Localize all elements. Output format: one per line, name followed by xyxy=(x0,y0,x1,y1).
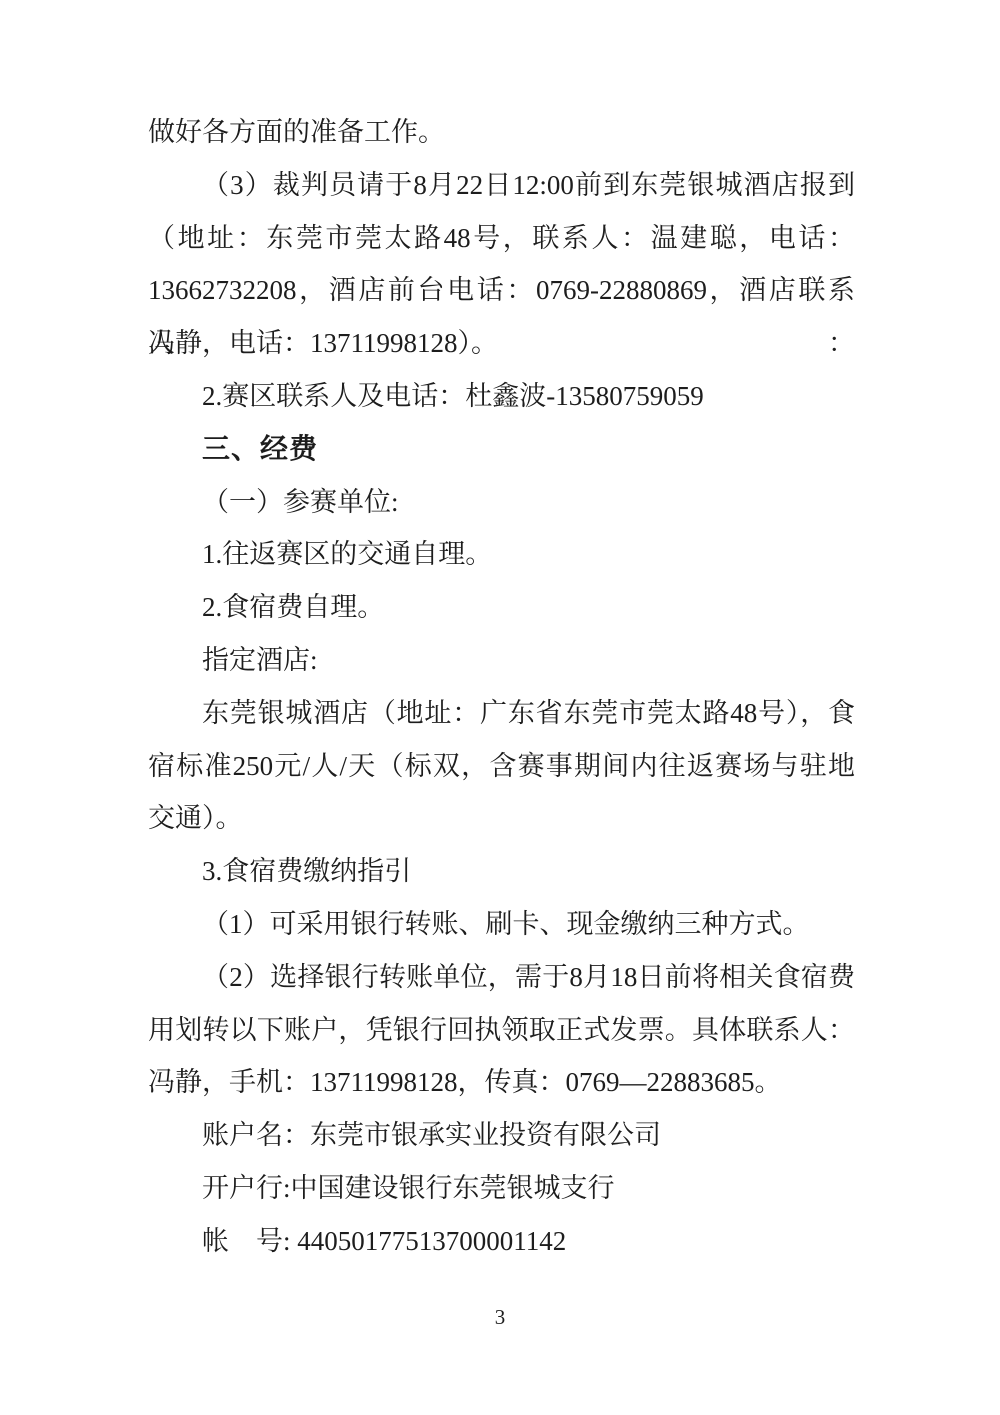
text-line: 13662732208，酒店前台电话：0769-22880869，酒店联系人： xyxy=(148,264,855,317)
text-line: 2.赛区联系人及电话：杜鑫波-13580759059 xyxy=(148,370,855,423)
document-body: 做好各方面的准备工作。 （3）裁判员请于8月22日12:00前到东莞银城酒店报到… xyxy=(148,106,855,1268)
section-heading: 三、经费 xyxy=(148,423,855,476)
text-line: （3）裁判员请于8月22日12:00前到东莞银城酒店报到 xyxy=(148,159,855,212)
text-line: 东莞银城酒店（地址：广东省东莞市莞太路48号），食 xyxy=(148,687,855,740)
text-line: （一）参赛单位: xyxy=(148,476,855,529)
text-line: 做好各方面的准备工作。 xyxy=(148,106,855,159)
text-line: （1）可采用银行转账、刷卡、现金缴纳三种方式。 xyxy=(148,898,855,951)
text-line: 2.食宿费自理。 xyxy=(148,581,855,634)
text-line: 指定酒店: xyxy=(148,634,855,687)
text-line: （地址：东莞市莞太路48号，联系人：温建聪，电话： xyxy=(148,212,855,265)
text-line: 用划转以下账户，凭银行回执领取正式发票。具体联系人： xyxy=(148,1004,855,1057)
document-page: 做好各方面的准备工作。 （3）裁判员请于8月22日12:00前到东莞银城酒店报到… xyxy=(0,0,1000,1415)
text-line: 开户行:中国建设银行东莞银城支行 xyxy=(148,1162,855,1215)
text-line: 交通）。 xyxy=(148,792,855,845)
text-line: 3.食宿费缴纳指引 xyxy=(148,845,855,898)
page-number: 3 xyxy=(0,1305,1000,1330)
text-line: 冯静，手机：13711998128，传真：0769—22883685。 xyxy=(148,1056,855,1109)
text-line: （2）选择银行转账单位，需于8月18日前将相关食宿费 xyxy=(148,951,855,1004)
text-line: 帐 号: 44050177513700001142 xyxy=(148,1215,855,1268)
text-line: 账户名：东莞市银承实业投资有限公司 xyxy=(148,1109,855,1162)
text-line: 1.往返赛区的交通自理。 xyxy=(148,528,855,581)
text-line: 宿标准250元/人/天（标双，含赛事期间内往返赛场与驻地 xyxy=(148,740,855,793)
